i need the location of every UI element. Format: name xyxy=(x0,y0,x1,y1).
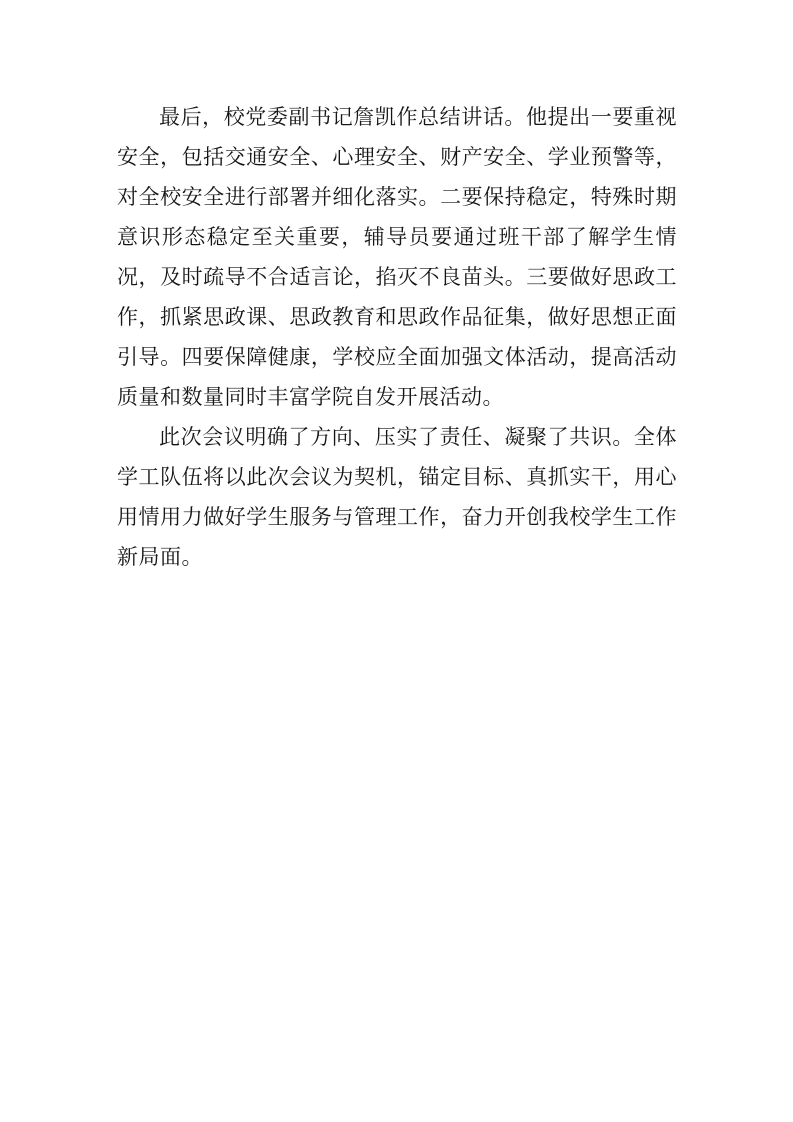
paragraph: 最后，校党委副书记詹凯作总结讲话。他提出一要重视安全，包括交通安全、心理安全、财… xyxy=(117,97,677,417)
document-page: 最后，校党委副书记詹凯作总结讲话。他提出一要重视安全，包括交通安全、心理安全、财… xyxy=(0,0,793,1122)
document-body: 最后，校党委副书记詹凯作总结讲话。他提出一要重视安全，包括交通安全、心理安全、财… xyxy=(117,97,677,577)
text-line: 最后，校党委副书记詹凯作总结讲话。他提出一要重视 xyxy=(117,97,677,137)
text-line: 新局面。 xyxy=(117,537,677,577)
paragraph: 此次会议明确了方向、压实了责任、凝聚了共识。全体学工队伍将以此次会议为契机，锚定… xyxy=(117,417,677,577)
text-line: 对全校安全进行部署并细化落实。二要保持稳定，特殊时期 xyxy=(117,177,677,217)
text-line: 质量和数量同时丰富学院自发开展活动。 xyxy=(117,377,677,417)
text-line: 安全，包括交通安全、心理安全、财产安全、学业预警等， xyxy=(117,137,677,177)
text-line: 学工队伍将以此次会议为契机，锚定目标、真抓实干，用心 xyxy=(117,457,677,497)
text-line: 况，及时疏导不合适言论，掐灭不良苗头。三要做好思政工 xyxy=(117,257,677,297)
text-line: 作，抓紧思政课、思政教育和思政作品征集，做好思想正面 xyxy=(117,297,677,337)
text-line: 用情用力做好学生服务与管理工作，奋力开创我校学生工作 xyxy=(117,497,677,537)
text-line: 引导。四要保障健康，学校应全面加强文体活动，提高活动 xyxy=(117,337,677,377)
text-line: 意识形态稳定至关重要，辅导员要通过班干部了解学生情 xyxy=(117,217,677,257)
text-line: 此次会议明确了方向、压实了责任、凝聚了共识。全体 xyxy=(117,417,677,457)
